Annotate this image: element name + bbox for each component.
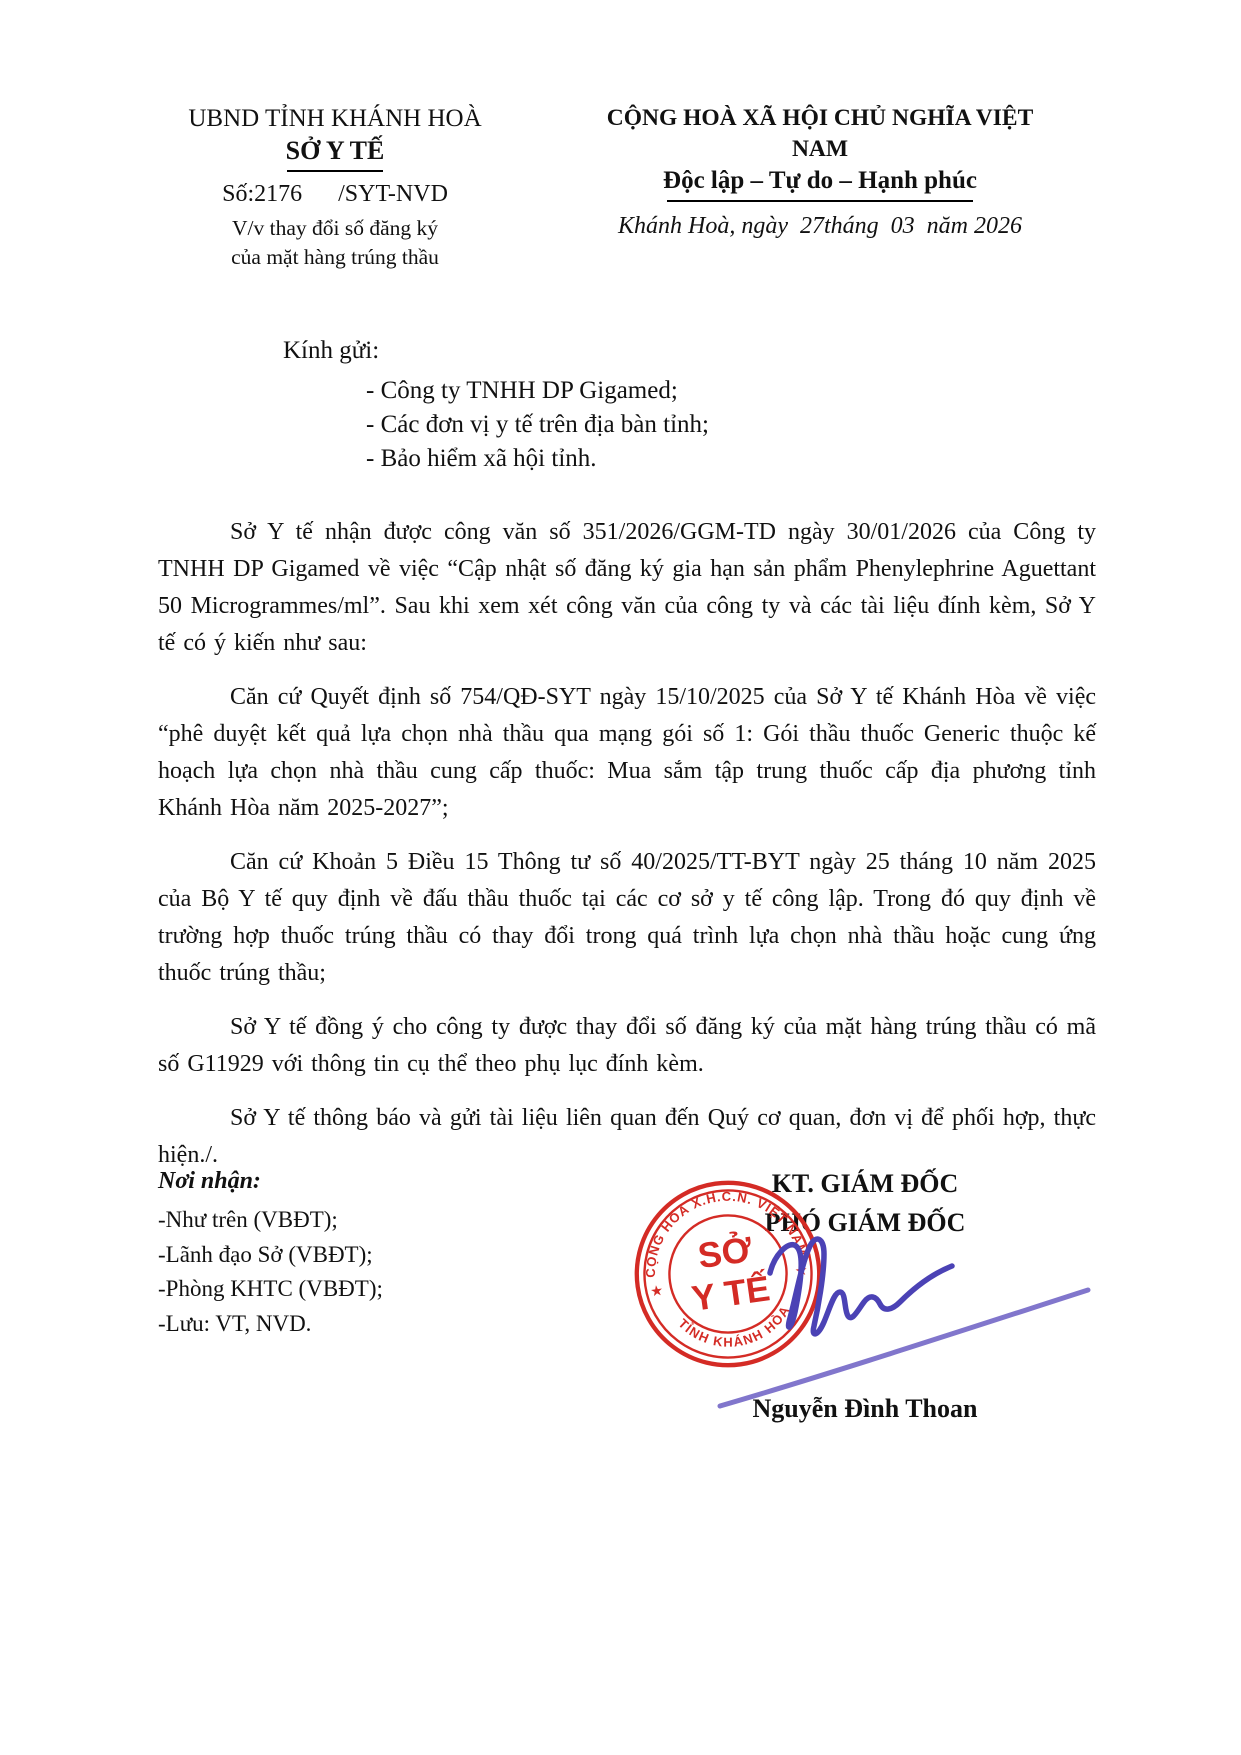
recipient-item: - Các đơn vị y tế trên địa bàn tỉnh; — [366, 408, 709, 442]
noi-nhan-item: -Như trên (VBĐT); — [158, 1203, 383, 1238]
body-paragraph: Sở Y tế đồng ý cho công ty được thay đổi… — [158, 1009, 1096, 1083]
noi-nhan-item: -Lưu: VT, NVD. — [158, 1307, 383, 1342]
place-date-line: Khánh Hoà, ngày 27tháng 03 năm 2026 — [580, 211, 1060, 241]
recipient-list: - Công ty TNHH DP Gigamed; - Các đơn vị … — [366, 374, 709, 476]
noi-nhan-list: -Như trên (VBĐT); -Lãnh đạo Sở (VBĐT); -… — [158, 1203, 383, 1341]
body-paragraph: Căn cứ Quyết định số 754/QĐ-SYT ngày 15/… — [158, 679, 1096, 827]
doc-subject-line2: của mặt hàng trúng thầu — [150, 243, 520, 272]
header-right-block: CỘNG HOÀ XÃ HỘI CHỦ NGHĨA VIỆT NAM Độc l… — [580, 103, 1060, 241]
org-name: SỞ Y TẾ — [150, 135, 520, 167]
signer-name: Nguyễn Đình Thoan — [655, 1394, 1075, 1424]
doc-subject-line1: V/v thay đổi số đăng ký — [150, 214, 520, 243]
doc-number: Số:2176 /SYT-NVD — [150, 179, 520, 209]
body-paragraph: Căn cứ Khoản 5 Điều 15 Thông tư số 40/20… — [158, 844, 1096, 992]
noi-nhan-item: -Lãnh đạo Sở (VBĐT); — [158, 1238, 383, 1273]
document-page: UBND TỈNH KHÁNH HOÀ SỞ Y TẾ Số:2176 /SYT… — [0, 0, 1241, 1755]
noi-nhan-item: -Phòng KHTC (VBĐT); — [158, 1272, 383, 1307]
recipient-item: - Công ty TNHH DP Gigamed; — [366, 374, 709, 408]
body-paragraph: Sở Y tế thông báo và gửi tài liệu liên q… — [158, 1100, 1096, 1174]
recipient-item: - Bảo hiểm xã hội tỉnh. — [366, 442, 709, 476]
document-body: Sở Y tế nhận được công văn số 351/2026/G… — [158, 514, 1096, 1191]
national-motto: Độc lập – Tự do – Hạnh phúc — [580, 165, 1060, 196]
national-title: CỘNG HOÀ XÃ HỘI CHỦ NGHĨA VIỆT NAM — [580, 103, 1060, 165]
parent-org-name: UBND TỈNH KHÁNH HOÀ — [150, 103, 520, 135]
header-left-block: UBND TỈNH KHÁNH HOÀ SỞ Y TẾ Số:2176 /SYT… — [150, 103, 520, 272]
org-name-rule — [287, 170, 383, 172]
signature-flourish-stroke — [720, 1290, 1088, 1406]
signature-main-stroke — [770, 1239, 952, 1334]
body-paragraph: Sở Y tế nhận được công văn số 351/2026/G… — [158, 514, 1096, 662]
motto-rule — [667, 200, 973, 202]
salutation-label: Kính gửi: — [283, 337, 379, 365]
noi-nhan-block: Nơi nhận: -Như trên (VBĐT); -Lãnh đạo Sở… — [158, 1168, 383, 1341]
signature-ink — [600, 1180, 1100, 1470]
noi-nhan-label: Nơi nhận: — [158, 1168, 383, 1195]
